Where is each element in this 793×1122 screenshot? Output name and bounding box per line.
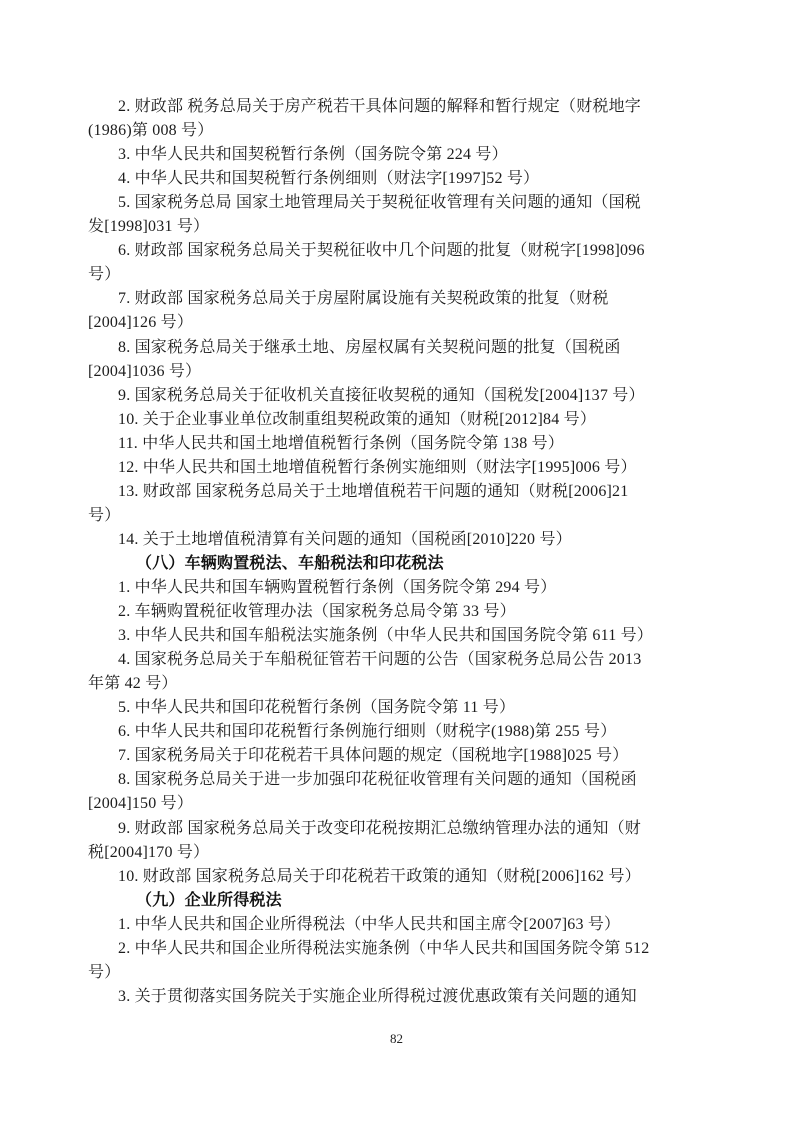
document-line: 5. 中华人民共和国印花税暂行条例（国务院令第 11 号）	[88, 696, 742, 720]
document-line: 8. 国家税务总局关于继承土地、房屋权属有关契税问题的批复（国税函	[88, 336, 742, 360]
document-line: 13. 财政部 国家税务总局关于土地增值税若干问题的通知（财税[2006]21	[88, 480, 742, 504]
document-line: 号）	[88, 961, 712, 985]
document-line: 2. 车辆购置税征收管理办法（国家税务总局令第 33 号）	[88, 600, 742, 624]
document-line: 税[2004]170 号）	[88, 841, 712, 865]
section-heading: （九）企业所得税法	[88, 889, 760, 913]
document-line: 3. 中华人民共和国车船税法实施条例（中华人民共和国国务院令第 611 号）	[88, 624, 742, 648]
document-line: 9. 国家税务总局关于征收机关直接征收契税的通知（国税发[2004]137 号）	[88, 384, 742, 408]
document-line: 6. 中华人民共和国印花税暂行条例施行细则（财税字(1988)第 255 号）	[88, 720, 742, 744]
document-line: 10. 关于企业事业单位改制重组契税政策的通知（财税[2012]84 号）	[88, 408, 742, 432]
document-line: 年第 42 号）	[88, 672, 712, 696]
document-line: 发[1998]031 号）	[88, 215, 712, 239]
document-line: 4. 中华人民共和国契税暂行条例细则（财法字[1997]52 号）	[88, 167, 742, 191]
document-line: 9. 财政部 国家税务总局关于改变印花税按期汇总缴纳管理办法的通知（财	[88, 817, 742, 841]
document-line: 4. 国家税务总局关于车船税征管若干问题的公告（国家税务总局公告 2013	[88, 648, 742, 672]
document-line: 号）	[88, 263, 712, 287]
document-body: 2. 财政部 税务总局关于房产税若干具体问题的解释和暂行规定（财税地字(1986…	[0, 0, 793, 1122]
document-line: 1. 中华人民共和国企业所得税法（中华人民共和国主席令[2007]63 号）	[88, 913, 742, 937]
document-line: 7. 财政部 国家税务总局关于房屋附属设施有关契税政策的批复（财税	[88, 287, 742, 311]
document-line: 3. 中华人民共和国契税暂行条例（国务院令第 224 号）	[88, 143, 742, 167]
document-line: 6. 财政部 国家税务总局关于契税征收中几个问题的批复（财税字[1998]096	[88, 239, 742, 263]
document-line: 1. 中华人民共和国车辆购置税暂行条例（国务院令第 294 号）	[88, 576, 742, 600]
document-line: 2. 中华人民共和国企业所得税法实施条例（中华人民共和国国务院令第 512	[88, 937, 742, 961]
document-line: 8. 国家税务总局关于进一步加强印花税征收管理有关问题的通知（国税函	[88, 768, 742, 792]
document-line: [2004]1036 号）	[88, 360, 712, 384]
document-line: (1986)第 008 号）	[88, 119, 712, 143]
document-line: 5. 国家税务总局 国家土地管理局关于契税征收管理有关问题的通知（国税	[88, 191, 742, 215]
document-line: [2004]126 号）	[88, 311, 712, 335]
document-line: 10. 财政部 国家税务总局关于印花税若干政策的通知（财税[2006]162 号…	[88, 865, 742, 889]
document-line: 14. 关于土地增值税清算有关问题的通知（国税函[2010]220 号）	[88, 528, 742, 552]
document-line: 号）	[88, 504, 712, 528]
document-line: 12. 中华人民共和国土地增值税暂行条例实施细则（财法字[1995]006 号）	[88, 456, 742, 480]
document-line: 11. 中华人民共和国土地增值税暂行条例（国务院令第 138 号）	[88, 432, 742, 456]
document-page: 2. 财政部 税务总局关于房产税若干具体问题的解释和暂行规定（财税地字(1986…	[0, 0, 793, 1122]
document-line: 3. 关于贯彻落实国务院关于实施企业所得税过渡优惠政策有关问题的通知	[88, 985, 742, 1009]
document-line: [2004]150 号）	[88, 792, 712, 816]
document-line: 2. 财政部 税务总局关于房产税若干具体问题的解释和暂行规定（财税地字	[88, 95, 742, 119]
section-heading: （八）车辆购置税法、车船税法和印花税法	[88, 552, 760, 576]
document-line: 7. 国家税务局关于印花税若干具体问题的规定（国税地字[1988]025 号）	[88, 744, 742, 768]
page-number: 82	[0, 1031, 793, 1047]
